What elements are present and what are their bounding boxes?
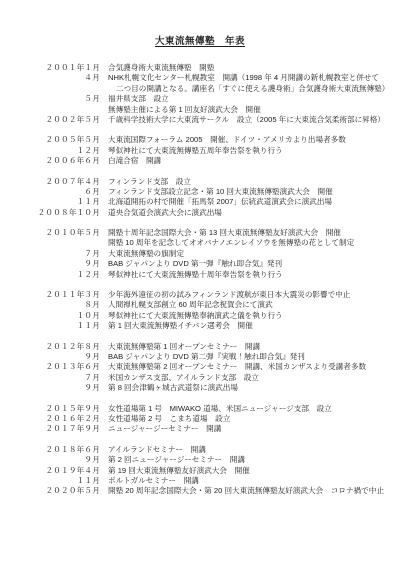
timeline-row: 無傳塾主催による第 1 回友好演武大会 開催 (0, 105, 400, 115)
date-cell: １２月 (0, 270, 100, 280)
event-text: 大東流無傳塾第 1 回オープンセミナー 開講 (108, 342, 260, 352)
event-text: 道央合気道会演武大会に演武出場 (108, 208, 222, 218)
date-cell: ２０１０年５月 (0, 228, 100, 238)
timeline-row: ９月BAB ジャパンより DVD 第一弾『触れ即合気』発刊 (0, 259, 400, 269)
date-cell: ２０１９年４月 (0, 466, 100, 476)
date-cell: ２００２年５月 (0, 115, 100, 125)
timeline-row: ８月人間禅札幌支部創立 60 周年記念祝賀会にて演武 (0, 300, 400, 310)
event-text: ポルトガルセミナー 開講 (108, 476, 199, 486)
event-text: 合気護身術大東流無傳塾 開塾 (108, 63, 214, 73)
date-cell: ２００８年１０月 (0, 208, 100, 218)
timeline-row: １１月北海道開拓の村で開催「拓馬祭 2007」伝統武道演武会に演武出場 (0, 197, 400, 207)
event-text: フィンランド支部設立記念・第 10 回大東流無傳塾演武大会 開催 (108, 187, 333, 197)
timeline-row: ９月第 8 回会津鶴ヶ城古武道祭に演武出場 (0, 383, 400, 393)
event-text: 大東流国際フォーラム 2005 開催、ドイツ・アメリカより出場者多数 (108, 135, 346, 145)
timeline-row: ７月米国カンザス支部、アイルランド支部 設立 (0, 373, 400, 383)
event-text: 人間禅札幌支部創立 60 周年記念祝賀会にて演武 (108, 300, 273, 310)
timeline-row: ２０１３年６月大東流無傳塾第 2 回オープンセミナー 開講、米国カンザスより受講… (0, 362, 400, 372)
date-cell: ２０１５年９月 (0, 404, 100, 414)
date-cell: １２月 (0, 146, 100, 156)
event-text: フィンランド支部 設立 (108, 177, 191, 187)
timeline-row: １２月琴似神社にて大東流無傳塾五周年奉告祭を執り行う (0, 146, 400, 156)
timeline-row: ２００６年６月白滝合宿 開講 (0, 156, 400, 166)
date-cell: ６月 (0, 187, 100, 197)
timeline-row: ５月福井県支部 設立 (0, 94, 400, 104)
timeline-row: ２０１８年６月アイルランドセミナー 開講 (0, 445, 400, 455)
event-text: 二つ目の開講となる。講座名「すぐに使える護身術」合気護身術大東流無傳塾） (116, 84, 389, 94)
event-text: 白滝合宿 開講 (108, 156, 161, 166)
event-text: BAB ジャパンより DVD 第二弾『実戦！触れ即合気』発刊 (108, 352, 305, 362)
timeline-row: １０月琴似神社にて大東流無傳塾奉納演武之儀を執り行う (0, 311, 400, 321)
date-cell: ２０１６年２月 (0, 414, 100, 424)
page-title: 大東流無傳塾 年表 (0, 33, 400, 47)
date-cell: ９月 (0, 455, 100, 465)
timeline: ２００１年１月合気護身術大東流無傳塾 開塾４月NHK札幌文化センター札幌教室 開… (0, 63, 400, 497)
timeline-row: ２００２年５月千歳科学技術大学に大東流サークル 設立（2005 年に大東流合気柔… (0, 115, 400, 125)
date-cell: ９月 (0, 352, 100, 362)
event-text: 琴似神社にて大東流無傳塾五周年奉告祭を執り行う (108, 146, 283, 156)
date-cell: ２０１８年６月 (0, 445, 100, 455)
date-cell: １１月 (0, 321, 100, 331)
document-page: 大東流無傳塾 年表 ２００１年１月合気護身術大東流無傳塾 開塾４月NHK札幌文化… (0, 0, 400, 565)
event-text: 大東流無傳塾第 2 回オープンセミナー 開講、米国カンザスより受講者多数 (108, 362, 366, 372)
event-text: 大東流無傳塾の旗制定 (108, 249, 184, 259)
timeline-row: ２０２０年５月開塾 20 周年記念国際大会・第 20 回大東流無傳塾友好演武大会… (0, 486, 400, 496)
event-text: 少年海外遠征の初の試みフィンランド渡航が東日本大震災の影響で中止 (108, 290, 350, 300)
timeline-row: ９月BAB ジャパンより DVD 第二弾『実戦！触れ即合気』発刊 (0, 352, 400, 362)
event-text: 開塾十周年記念国際大会・第 13 回大東流無傳塾友好演武大会 開催 (108, 228, 341, 238)
event-text: 第 8 回会津鶴ヶ城古武道祭に演武出場 (108, 383, 238, 393)
timeline-row: １２月琴似神社にて大東流無傳塾十周年奉告祭を執り行う (0, 270, 400, 280)
event-text: 千歳科学技術大学に大東流サークル 設立（2005 年に大東流合気柔術部に昇格） (108, 115, 385, 125)
timeline-row: ６月フィンランド支部設立記念・第 10 回大東流無傳塾演武大会 開催 (0, 187, 400, 197)
timeline-row: ２０１９年４月第 19 回大東流無傳塾友好演武大会 開催 (0, 466, 400, 476)
event-text: 開塾 10 周年を記念してオオバナノエンレイソウを無傳塾の花として制定 (108, 238, 354, 248)
date-cell: ７月 (0, 249, 100, 259)
date-cell: ２００７年４月 (0, 177, 100, 187)
timeline-row: ２０１７年９月ニュージャージーセミナー 開講 (0, 424, 400, 434)
date-cell: ２００１年１月 (0, 63, 100, 73)
timeline-row: 二つ目の開講となる。講座名「すぐに使える護身術」合気護身術大東流無傳塾） (0, 84, 400, 94)
event-text: 第 19 回大東流無傳塾友好演武大会 開催 (108, 466, 250, 476)
event-text: 開塾 20 周年記念国際大会・第 20 回大東流無傳塾友好演武大会 コロナ禍で中… (108, 486, 384, 496)
event-text: アイルランドセミナー 開講 (108, 445, 206, 455)
timeline-row: ７月大東流無傳塾の旗制定 (0, 249, 400, 259)
event-text: NHK札幌文化センター札幌教室 開講（1998 年 4 月開講の新札幌教室と併せ… (108, 73, 379, 83)
date-cell: １１月 (0, 476, 100, 486)
date-cell: ２０２０年５月 (0, 486, 100, 496)
date-cell: ２００６年６月 (0, 156, 100, 166)
date-cell: ２０１３年６月 (0, 362, 100, 372)
date-cell: ５月 (0, 94, 100, 104)
date-cell: ９月 (0, 383, 100, 393)
timeline-row: ９月第 2 回ニュージャージーセミナー 開講 (0, 455, 400, 465)
event-text: 第 2 回ニュージャージーセミナー 開講 (108, 455, 245, 465)
event-text: 琴似神社にて大東流無傳塾十周年奉告祭を執り行う (108, 270, 283, 280)
date-cell: ９月 (0, 259, 100, 269)
timeline-row: ２０１２年８月大東流無傳塾第 1 回オープンセミナー 開講 (0, 342, 400, 352)
timeline-row: ４月NHK札幌文化センター札幌教室 開講（1998 年 4 月開講の新札幌教室と… (0, 73, 400, 83)
timeline-row: ２００７年４月フィンランド支部 設立 (0, 177, 400, 187)
date-cell: ２０１７年９月 (0, 424, 100, 434)
event-text: 第 1 回大東流無傳塾イチバン選考会 開催 (108, 321, 253, 331)
date-cell: ２０１１年３月 (0, 290, 100, 300)
event-text: 米国カンザス支部、アイルランド支部 設立 (108, 373, 259, 383)
timeline-row: １１月ポルトガルセミナー 開講 (0, 476, 400, 486)
date-cell: ７月 (0, 373, 100, 383)
timeline-row: ２００５年５月大東流国際フォーラム 2005 開催、ドイツ・アメリカより出場者多… (0, 135, 400, 145)
date-cell: ８月 (0, 300, 100, 310)
timeline-row: １１月第 1 回大東流無傳塾イチバン選考会 開催 (0, 321, 400, 331)
date-cell: ２０１２年８月 (0, 342, 100, 352)
event-text: 福井県支部 設立 (108, 94, 169, 104)
event-text: 女性道場第 1 号 MIWAKO 道場、米国ニュージャージ支部 設立 (108, 404, 332, 414)
date-cell: １０月 (0, 311, 100, 321)
timeline-row: ２０１５年９月女性道場第 1 号 MIWAKO 道場、米国ニュージャージ支部 設… (0, 404, 400, 414)
event-text: 無傳塾主催による第 1 回友好演武大会 開催 (108, 105, 261, 115)
event-text: 女性道場第 2 号 こまち道場 設立 (108, 414, 230, 424)
event-text: ニュージャージーセミナー 開講 (108, 424, 221, 434)
event-text: 北海道開拓の村で開催「拓馬祭 2007」伝統武道演武会に演武出場 (108, 197, 332, 207)
date-cell: １１月 (0, 197, 100, 207)
timeline-row: ２０１６年２月女性道場第 2 号 こまち道場 設立 (0, 414, 400, 424)
timeline-row: ２０１１年３月少年海外遠征の初の試みフィンランド渡航が東日本大震災の影響で中止 (0, 290, 400, 300)
timeline-row: ２００８年１０月道央合気道会演武大会に演武出場 (0, 208, 400, 218)
timeline-row: ２００１年１月合気護身術大東流無傳塾 開塾 (0, 63, 400, 73)
event-text: BAB ジャパンより DVD 第一弾『触れ即合気』発刊 (108, 259, 282, 269)
date-cell: ４月 (0, 73, 100, 83)
event-text: 琴似神社にて大東流無傳塾奉納演武之儀を執り行う (108, 311, 283, 321)
date-cell: ２００５年５月 (0, 135, 100, 145)
timeline-row: 開塾 10 周年を記念してオオバナノエンレイソウを無傳塾の花として制定 (0, 238, 400, 248)
timeline-row: ２０１０年５月開塾十周年記念国際大会・第 13 回大東流無傳塾友好演武大会 開催 (0, 228, 400, 238)
